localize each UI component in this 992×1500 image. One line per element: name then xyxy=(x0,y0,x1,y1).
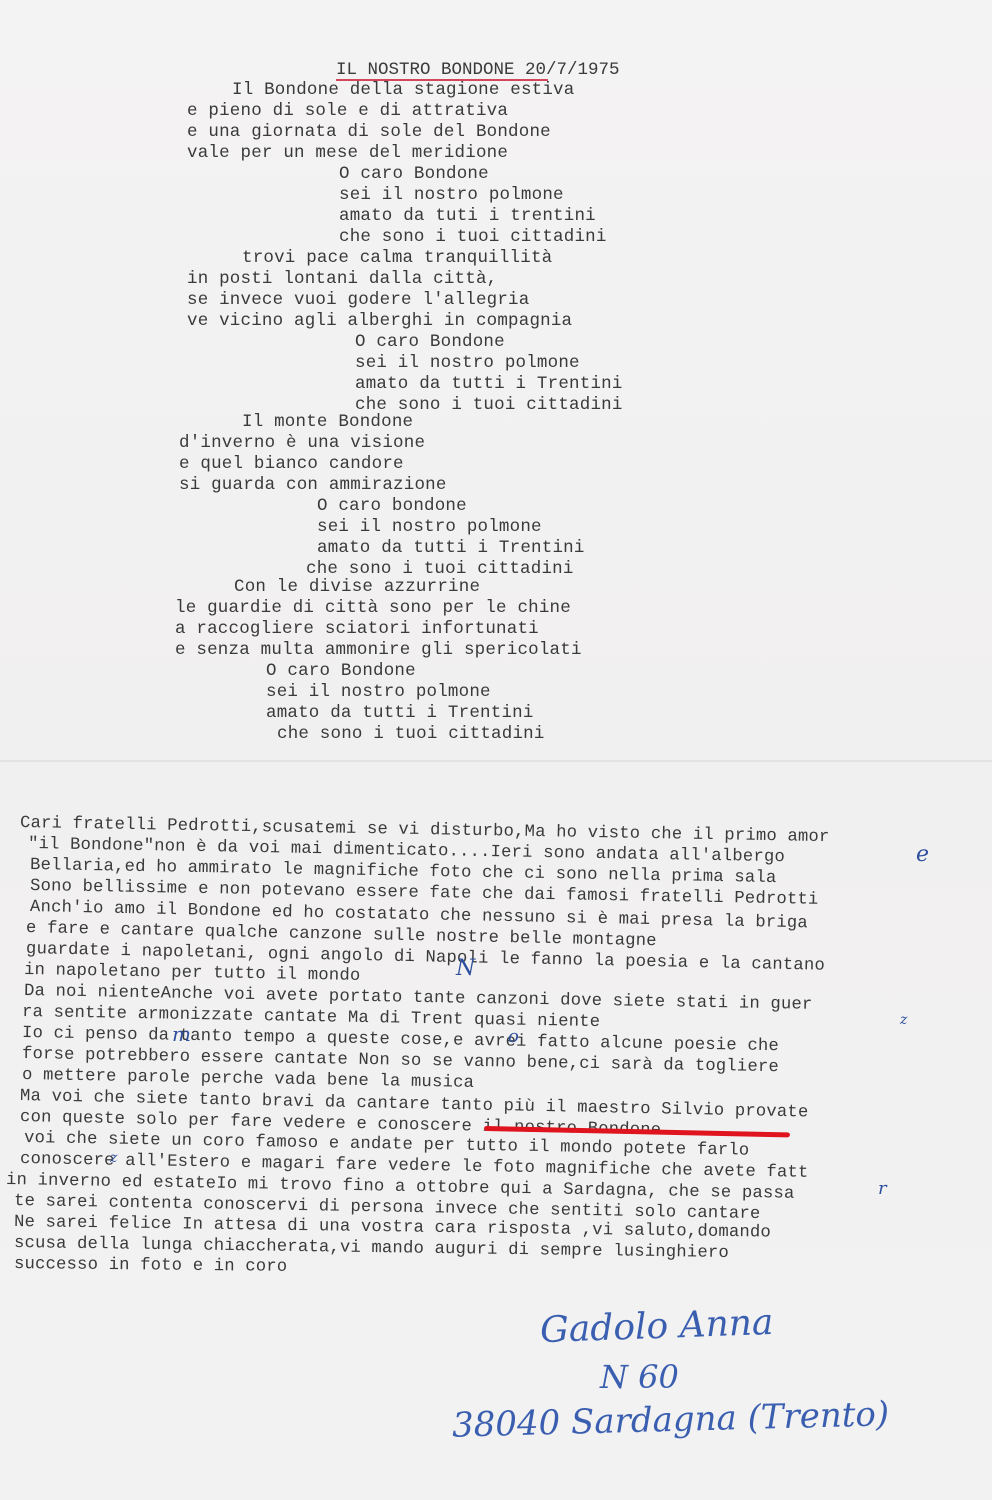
poem-line: O caro Bondone xyxy=(355,332,505,352)
poem-line: vale per un mese del meridione xyxy=(187,143,508,163)
pen-correction: r xyxy=(878,1178,887,1199)
letter-page: IL NOSTRO BONDONE 20/7/1975 Il Bondone d… xyxy=(0,0,992,1500)
poem-line: e quel bianco candore xyxy=(179,454,404,474)
poem-line: si guarda con ammirazione xyxy=(179,475,447,495)
poem-line: che sono i tuoi cittadini xyxy=(277,724,545,744)
pen-correction: N xyxy=(456,956,475,981)
poem-line: amato da tuti i trentini xyxy=(339,206,596,226)
poem-line: amato da tutti i Trentini xyxy=(355,374,623,394)
poem-title-block: IL NOSTRO BONDONE 20/7/1975 xyxy=(336,60,620,80)
poem-line: in posti lontani dalla città, xyxy=(187,269,497,289)
pen-correction: z xyxy=(900,1012,907,1028)
poem-line: e pieno di sole e di attrativa xyxy=(187,101,508,121)
poem-line: sei il nostro polmone xyxy=(317,517,542,537)
poem-line: ve vicino agli alberghi in compagnia xyxy=(187,311,572,331)
poem-line: e una giornata di sole del Bondone xyxy=(187,122,551,142)
poem-line: sei il nostro polmone xyxy=(339,185,564,205)
poem-line: sei il nostro polmone xyxy=(266,682,491,702)
signature-name: Gadolo Anna xyxy=(539,1302,774,1351)
pen-correction: z xyxy=(110,1150,117,1166)
poem-line: che sono i tuoi cittadini xyxy=(306,559,574,579)
poem-line: a raccogliere sciatori infortunati xyxy=(175,619,539,639)
letter-line: successo in foto e in coro xyxy=(14,1255,288,1278)
poem-line: amato da tutti i Trentini xyxy=(266,703,534,723)
poem-line: e senza multa ammonire gli spericolati xyxy=(175,640,582,660)
pen-correction: m xyxy=(172,1022,191,1046)
poem-line: Il monte Bondone xyxy=(242,412,413,432)
poem-line: le guardie di città sono per le chine xyxy=(175,598,571,618)
poem-line: O caro Bondone xyxy=(339,164,489,184)
paper-fold xyxy=(0,760,992,762)
poem-date: 20/7/1975 xyxy=(525,60,620,80)
poem-line: O caro Bondone xyxy=(266,661,416,681)
poem-line: Con le divise azzurrine xyxy=(234,577,480,597)
poem-line: d'inverno è una visione xyxy=(179,433,425,453)
pen-correction: o xyxy=(508,1026,519,1047)
signature-number: N 60 xyxy=(600,1358,679,1396)
poem-line: O caro bondone xyxy=(317,496,467,516)
poem-line: se invece vuoi godere l'allegria xyxy=(187,290,529,310)
pen-correction: e xyxy=(916,842,929,867)
poem-line: che sono i tuoi cittadini xyxy=(339,227,607,247)
poem-title: IL NOSTRO BONDONE xyxy=(336,60,515,80)
poem-line: Il Bondone della stagione estiva xyxy=(232,80,574,100)
poem-line: amato da tutti i Trentini xyxy=(317,538,585,558)
poem-line: trovi pace calma tranquillità xyxy=(242,248,552,268)
signature-address: 38040 Sardagna (Trento) xyxy=(452,1394,890,1445)
poem-line: sei il nostro polmone xyxy=(355,353,580,373)
